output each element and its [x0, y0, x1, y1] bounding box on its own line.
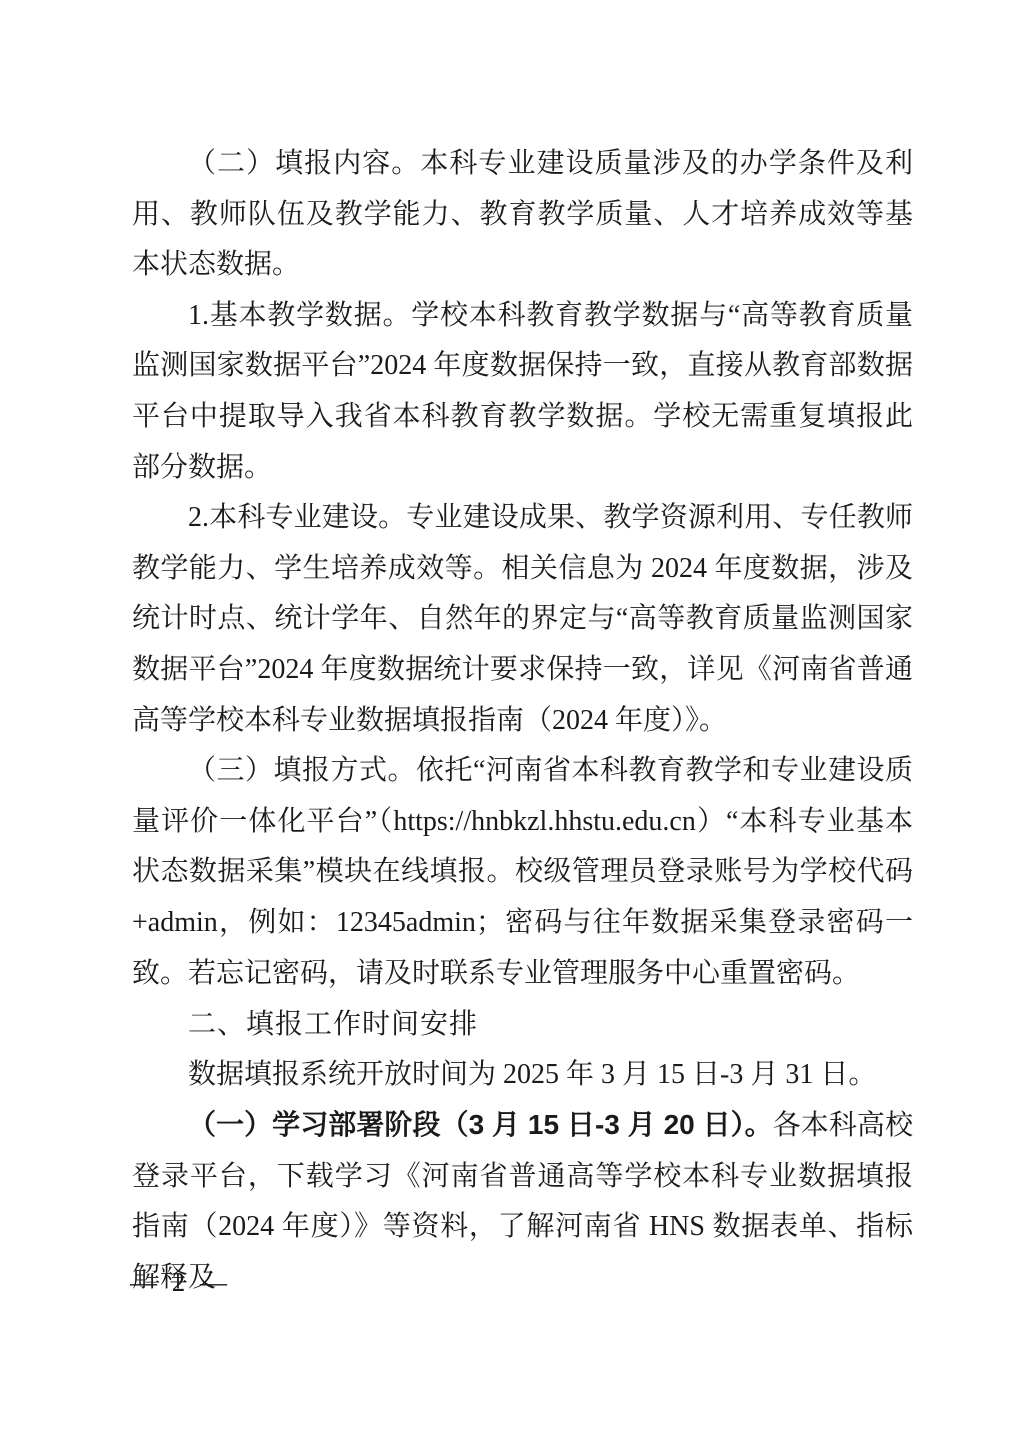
para-filling-content: （二）填报内容。本科专业建设质量涉及的办学条件及利用、教师队伍及教学能力、教育教…: [132, 139, 913, 291]
para-system-open-time: 数据填报系统开放时间为 2025 年 3 月 15 日-3 月 31 日。: [132, 1050, 913, 1101]
para-stage-one: （一）学习部署阶段（3 月 15 日-3 月 20 日）。各本科高校登录平台，下…: [132, 1100, 913, 1303]
para-basic-teaching-data: 1.基本教学数据。学校本科教育教学数据与“高等教育质量监测国家数据平台”2024…: [132, 291, 913, 493]
para-major-construction: 2.本科专业建设。专业建设成果、教学资源利用、专任教师教学能力、学生培养成效等。…: [132, 493, 913, 746]
page-number: — 2 —: [130, 1266, 231, 1298]
para-filling-method: （三）填报方式。依托“河南省本科教育教学和专业建设质量评价一体化平台”（http…: [132, 746, 913, 999]
section-heading-time-schedule: 二、填报工作时间安排: [132, 999, 913, 1050]
stage-one-lead: （一）学习部署阶段（3 月 15 日-3 月 20 日）。: [188, 1109, 773, 1140]
document-page: （二）填报内容。本科专业建设质量涉及的办学条件及利用、教师队伍及教学能力、教育教…: [0, 0, 1024, 1448]
document-body: （二）填报内容。本科专业建设质量涉及的办学条件及利用、教师队伍及教学能力、教育教…: [132, 139, 913, 1304]
